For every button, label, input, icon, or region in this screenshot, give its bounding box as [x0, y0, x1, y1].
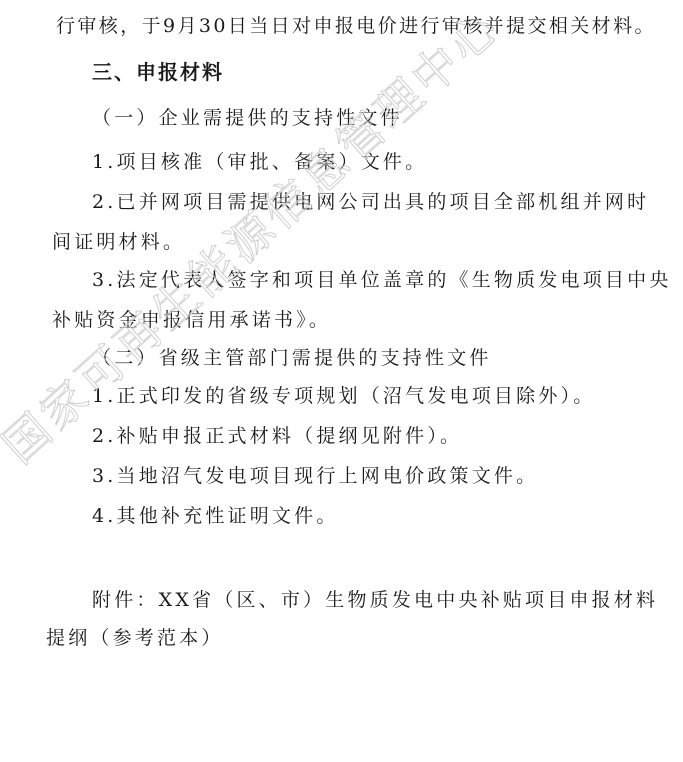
section-heading-3: 三、申报材料 [92, 60, 224, 84]
list-item-1-1: 1.项目核准（审批、备案）文件。 [92, 150, 427, 174]
list-item-1-3: 3.法定代表人签字和项目单位盖章的《生物质发电项目中央 [92, 268, 672, 292]
subsection-heading-1: （一）企业需提供的支持性文件 [92, 106, 403, 130]
list-item-1-2: 2.已并网项目需提供电网公司出具的项目全部机组并网时 [92, 190, 649, 214]
list-item-2-1: 1.正式印发的省级专项规划（沼气发电项目除外）。 [92, 384, 595, 408]
attachment-title: 附件：XX省（区、市）生物质发电中央补贴项目申报材料 [92, 588, 658, 612]
list-item-1-2-cont: 间证明材料。 [52, 230, 185, 254]
attachment-title-cont: 提纲（参考范本） [46, 626, 224, 650]
list-item-1-3-cont: 补贴资金申报信用承诺书》。 [52, 308, 331, 332]
paragraph-continuation: 行审核，于9月30日当日对申报电价进行审核并提交相关材料。 [56, 14, 656, 38]
list-item-2-2: 2.补贴申报正式材料（提纲见附件）。 [92, 424, 462, 448]
list-item-2-3: 3.当地沼气发电项目现行上网电价政策文件。 [92, 464, 538, 488]
document-page: 行审核，于9月30日当日对申报电价进行审核并提交相关材料。 三、申报材料 （一）… [0, 0, 683, 762]
subsection-heading-2: （二）省级主管部门需提供的支持性文件 [92, 346, 492, 370]
list-item-2-4: 4.其他补充性证明文件。 [92, 504, 339, 528]
